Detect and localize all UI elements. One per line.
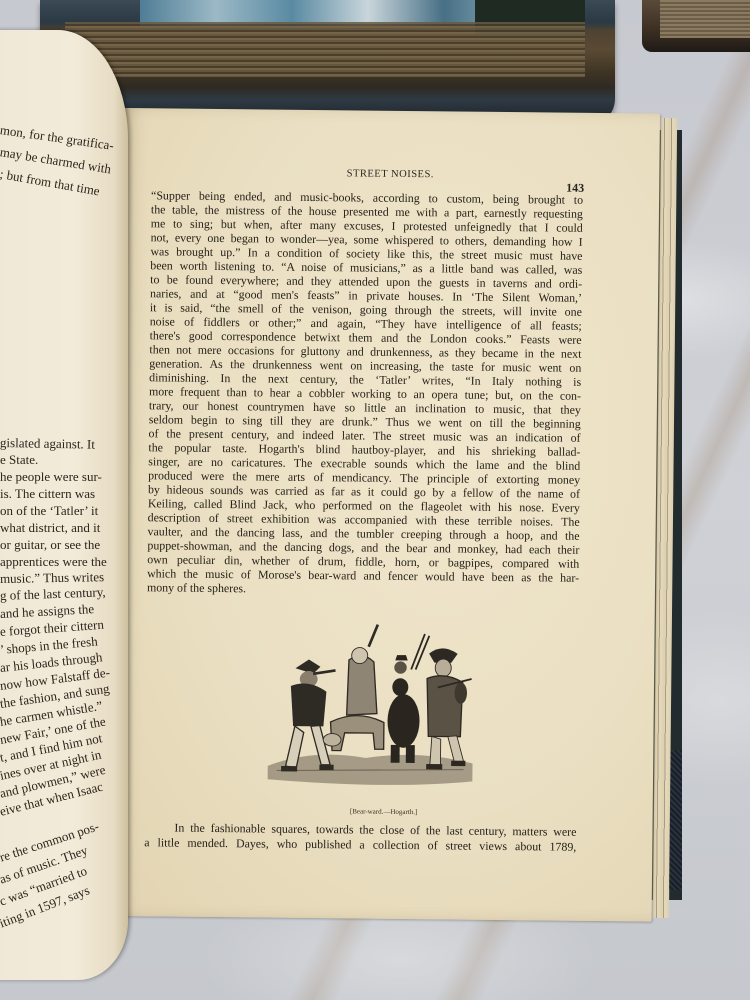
text-fragment: or guitar, or see the: [0, 537, 100, 553]
text-fragment: apprentices were the: [0, 554, 107, 570]
text-fragment: gislated against. It: [0, 435, 95, 453]
right-page: STREET NOISES. 143 “Supper being ended, …: [114, 108, 660, 922]
page-block-edge: [660, 0, 750, 38]
text-fragment: is. The cittern was: [0, 486, 95, 502]
paragraph-1: “Supper being ended, and music-books, ac…: [147, 188, 583, 599]
text-line: a little mended. Dayes, who published a …: [144, 835, 576, 855]
closed-book-top: [40, 0, 615, 125]
text-fragment: e State.: [0, 452, 38, 468]
paragraph-2: In the fashionable squares, towards the …: [144, 820, 576, 855]
bear-ward-engraving: [255, 614, 487, 794]
illustration-caption: [Bear-ward.—Hogarth.]: [115, 805, 653, 819]
text-fragment: he people were sur-: [0, 469, 102, 485]
closed-book-right: [642, 0, 750, 52]
page-block-edge: [65, 22, 585, 77]
text-fragment: on of the ‘Tatler’ it: [0, 503, 98, 519]
left-page-curled: mon, for the gratifica- may be charmed w…: [0, 30, 128, 980]
text-fragment: what district, and it: [0, 520, 100, 536]
